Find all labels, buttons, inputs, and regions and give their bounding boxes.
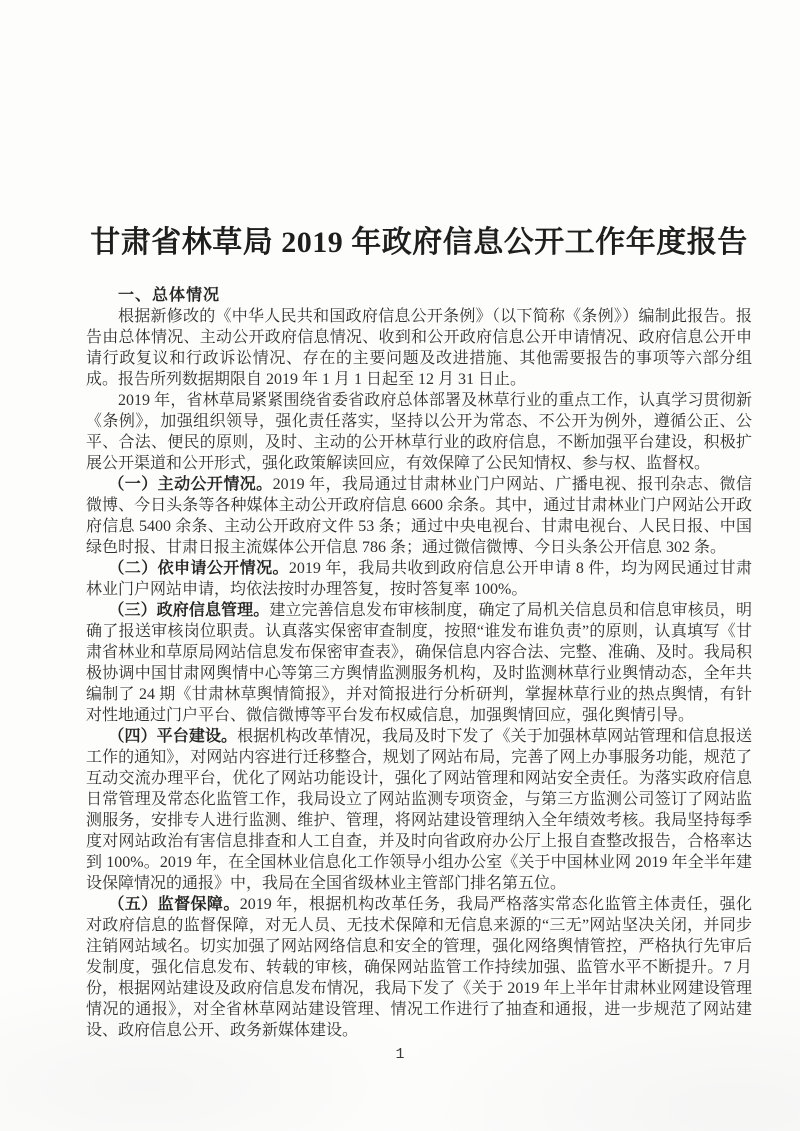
paragraph-body: 2019 年，省林草局紧紧围绕省委省政府总体部署及林草行业的重点工作，认真学习贯… — [86, 392, 752, 472]
report-title: 甘肃省林草局 2019 年政府信息公开工作年度报告 — [86, 222, 752, 264]
paragraph-body: 根据新修改的《中华人民共和国政府信息公开条例》（以下简称《条例》）编制此报告。报… — [86, 308, 752, 388]
report-paragraph: 根据新修改的《中华人民共和国政府信息公开条例》（以下简称《条例》）编制此报告。报… — [86, 306, 752, 390]
paragraph-lead: （四）平台建设。 — [108, 728, 237, 745]
paragraph-lead: （三）政府信息管理。 — [108, 602, 269, 619]
paragraph-body: 根据机构改革情况，我局及时下发了《关于加强林草网站管理和信息报送工作的通知》，对… — [86, 728, 752, 892]
scanned-document-page: 甘肃省林草局 2019 年政府信息公开工作年度报告 一、总体情况 根据新修改的《… — [0, 0, 800, 1131]
report-paragraph: （一）主动公开情况。2019 年，我局通过甘肃林业门户网站、广播电视、报刊杂志、… — [86, 474, 752, 558]
report-paragraph: （四）平台建设。根据机构改革情况，我局及时下发了《关于加强林草网站管理和信息报送… — [86, 726, 752, 894]
paragraph-lead: （二）依申请公开情况。 — [108, 560, 289, 577]
paragraph-lead: （一）主动公开情况。 — [108, 476, 272, 493]
report-paragraph: 2019 年，省林草局紧紧围绕省委省政府总体部署及林草行业的重点工作，认真学习贯… — [86, 390, 752, 474]
paragraph-lead: （五）监督保障。 — [108, 896, 239, 913]
paragraph-body: 2019 年，根据机构改革任务，我局严格落实常态化监管主体责任，强化对政府信息的… — [86, 896, 752, 1039]
document-content: 甘肃省林草局 2019 年政府信息公开工作年度报告 一、总体情况 根据新修改的《… — [86, 222, 752, 1041]
paragraph-body: 建立完善信息发布审核制度，确定了局机关信息员和信息审核员，明确了报送审核岗位职责… — [86, 602, 752, 724]
page-number: 1 — [0, 1046, 800, 1063]
section-heading: 一、总体情况 — [86, 285, 752, 306]
report-paragraph: （五）监督保障。2019 年，根据机构改革任务，我局严格落实常态化监管主体责任，… — [86, 894, 752, 1041]
report-paragraph: （三）政府信息管理。建立完善信息发布审核制度，确定了局机关信息员和信息审核员，明… — [86, 600, 752, 726]
report-paragraph: （二）依申请公开情况。2019 年，我局共收到政府信息公开申请 8 件，均为网民… — [86, 558, 752, 600]
